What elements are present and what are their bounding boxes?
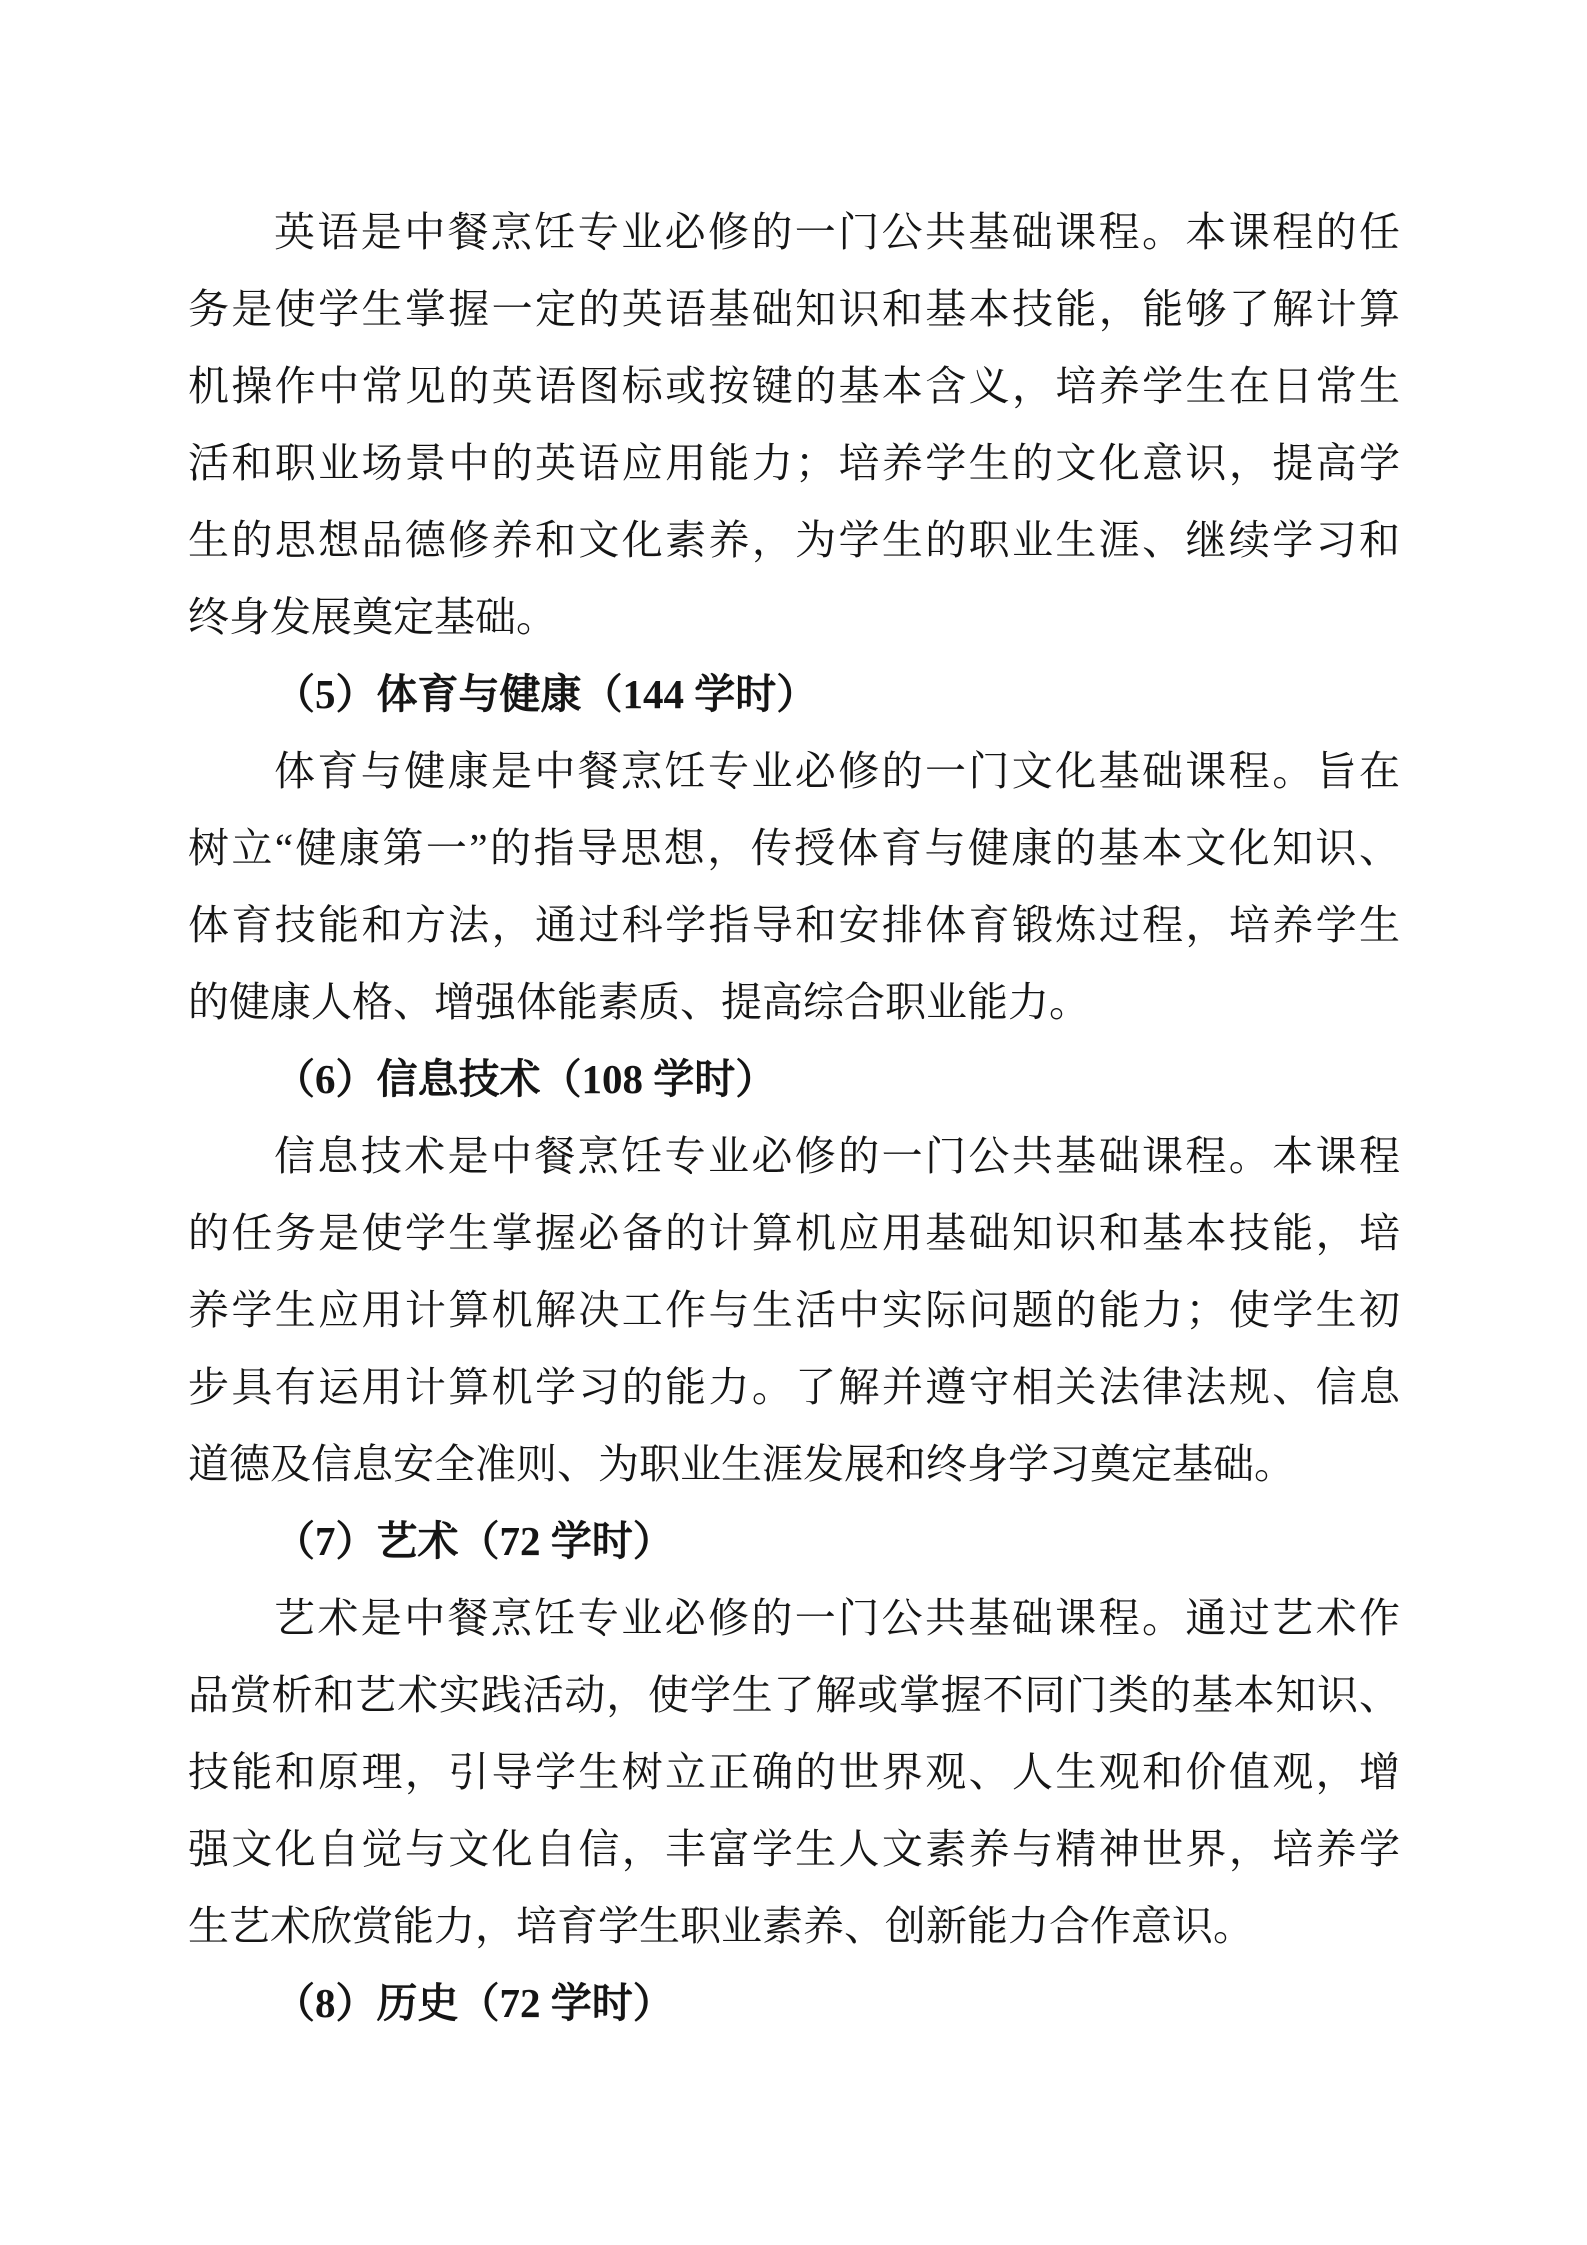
- paragraph-line: 品赏析和艺术实践活动，使学生了解或掌握不同门类的基本知识、: [188, 1657, 1400, 1734]
- document-text-block: 英语是中餐烹饪专业必修的一门公共基础课程。本课程的任务是使学生掌握一定的英语基础…: [188, 194, 1400, 2042]
- paragraph-line: 技能和原理，引导学生树立正确的世界观、人生观和价值观，增: [188, 1734, 1400, 1811]
- paragraph-line: 活和职业场景中的英语应用能力；培养学生的文化意识，提高学: [188, 425, 1400, 502]
- paragraph-line: 务是使学生掌握一定的英语基础知识和基本技能，能够了解计算: [188, 271, 1400, 348]
- paragraph-line: 树立“健康第一”的指导思想，传授体育与健康的基本文化知识、: [188, 810, 1400, 887]
- paragraph-line: 强文化自觉与文化自信，丰富学生人文素养与精神世界，培养学: [188, 1811, 1400, 1888]
- document-page: 英语是中餐烹饪专业必修的一门公共基础课程。本课程的任务是使学生掌握一定的英语基础…: [0, 0, 1587, 2245]
- course-section-heading: （5）体育与健康（144 学时）: [188, 656, 1400, 733]
- paragraph-line: 体育技能和方法，通过科学指导和安排体育锻炼过程，培养学生: [188, 887, 1400, 964]
- course-section-heading: （7）艺术（72 学时）: [188, 1503, 1400, 1580]
- paragraph-line: 终身发展奠定基础。: [188, 579, 1400, 656]
- paragraph-line: 步具有运用计算机学习的能力。了解并遵守相关法律法规、信息: [188, 1349, 1400, 1426]
- paragraph-line: 道德及信息安全准则、为职业生涯发展和终身学习奠定基础。: [188, 1426, 1400, 1503]
- paragraph-line: 养学生应用计算机解决工作与生活中实际问题的能力；使学生初: [188, 1272, 1400, 1349]
- paragraph-line: 英语是中餐烹饪专业必修的一门公共基础课程。本课程的任: [188, 194, 1400, 271]
- paragraph-line: 艺术是中餐烹饪专业必修的一门公共基础课程。通过艺术作: [188, 1580, 1400, 1657]
- course-section-heading: （6）信息技术（108 学时）: [188, 1041, 1400, 1118]
- course-section-heading: （8）历史（72 学时）: [188, 1965, 1400, 2042]
- paragraph-line: 生的思想品德修养和文化素养，为学生的职业生涯、继续学习和: [188, 502, 1400, 579]
- paragraph-line: 的健康人格、增强体能素质、提高综合职业能力。: [188, 964, 1400, 1041]
- paragraph-line: 的任务是使学生掌握必备的计算机应用基础知识和基本技能，培: [188, 1195, 1400, 1272]
- paragraph-line: 生艺术欣赏能力，培育学生职业素养、创新能力合作意识。: [188, 1888, 1400, 1965]
- paragraph-line: 信息技术是中餐烹饪专业必修的一门公共基础课程。本课程: [188, 1118, 1400, 1195]
- paragraph-line: 体育与健康是中餐烹饪专业必修的一门文化基础课程。旨在: [188, 733, 1400, 810]
- paragraph-line: 机操作中常见的英语图标或按键的基本含义，培养学生在日常生: [188, 348, 1400, 425]
